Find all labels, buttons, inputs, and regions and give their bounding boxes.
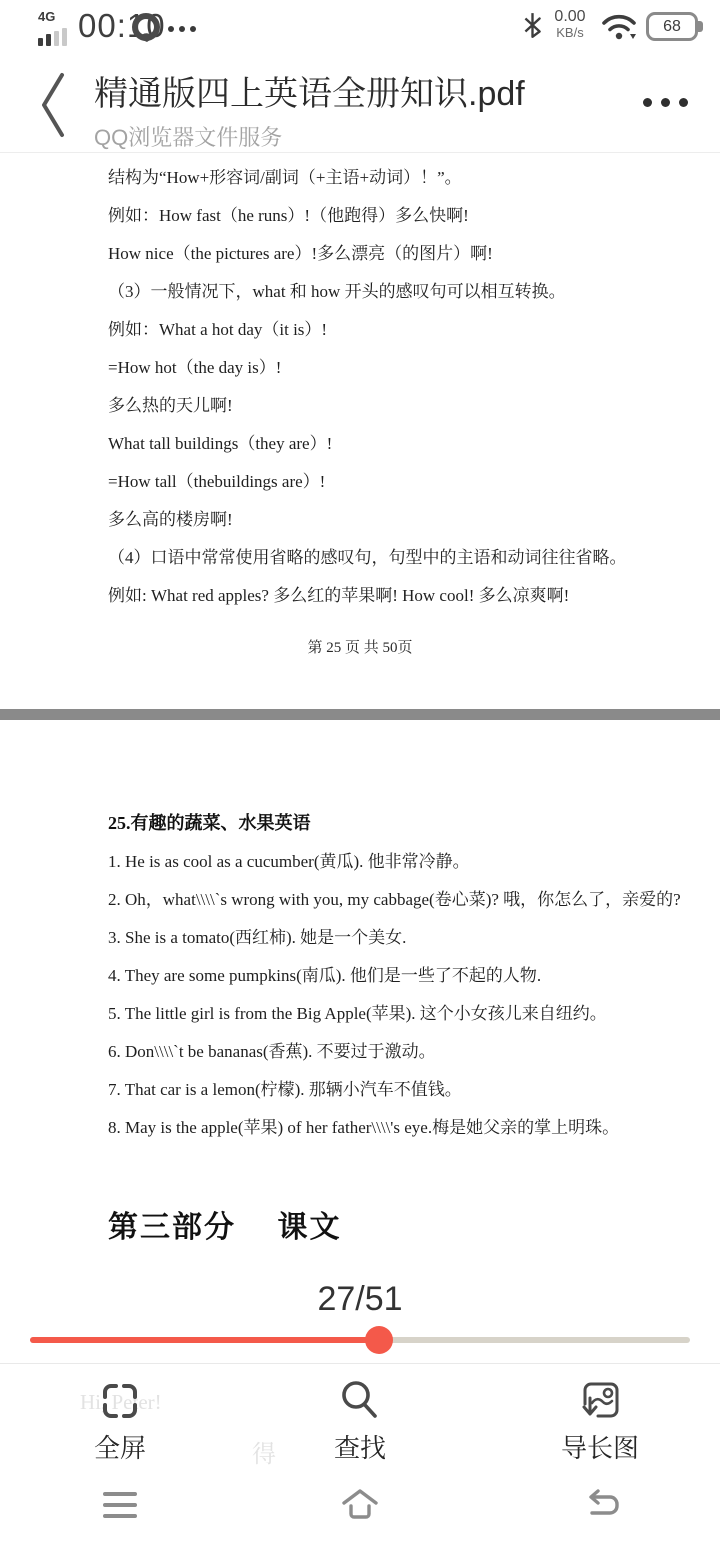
slider-thumb[interactable] (365, 1326, 393, 1354)
document-source: QQ浏览器文件服务 (94, 121, 614, 152)
pdf-text-line: 例如：How fast（he runs）!（他跑得）多么快啊! (108, 206, 690, 226)
pdf-text-line: （3）一般情况下，what 和 how 开头的感叹句可以相互转换。 (108, 282, 690, 302)
nav-menu-button[interactable] (0, 1466, 240, 1544)
network-speed: 0.00 KB/s (544, 8, 596, 40)
pdf-text-line: 4. They are some pumpkins(南瓜). 他们是一些了不起的… (108, 966, 690, 986)
wifi-icon (600, 10, 638, 42)
section-heading: 第三部分 课文 (108, 1202, 690, 1246)
app-header: 精通版四上英语全册知识.pdf QQ浏览器文件服务 (0, 56, 720, 153)
page2-lines: 1. He is as cool as a cucumber(黄瓜). 他非常冷… (108, 852, 690, 1138)
speed-unit: KB/s (544, 26, 596, 40)
pdf-text-line: 多么高的楼房啊! (108, 510, 690, 530)
nav-back-button[interactable] (480, 1466, 720, 1544)
return-icon (579, 1489, 621, 1521)
find-label: 查找 (334, 1428, 386, 1465)
page-separator (0, 709, 720, 720)
pdf-text-line: 7. That car is a lemon(柠檬). 那辆小汽车不值钱。 (108, 1080, 690, 1100)
page-slider[interactable] (0, 1322, 720, 1358)
pdf-text-line: 结构为“How+形容词/副词（+主语+动词）！”。 (108, 168, 690, 188)
signal-strength-icon: 4G (38, 8, 72, 48)
battery-level: 68 (663, 18, 681, 36)
pdf-text-line: What tall buildings（they are）! (108, 434, 690, 454)
fullscreen-icon (97, 1378, 143, 1424)
network-type-label: 4G (38, 9, 55, 24)
pdf-page-25: 结构为“How+形容词/副词（+主语+动词）！”。例如：How fast（he … (0, 154, 720, 624)
system-nav-bar (0, 1466, 720, 1544)
battery-indicator: 68 (646, 12, 698, 41)
page-indicator: 27/51 (0, 1280, 720, 1319)
pdf-text-line: 8. May is the apple(苹果) of her father\\\… (108, 1118, 690, 1138)
pdf-text-line: （4）口语中常常使用省略的感叹句，句型中的主语和动词往往省略。 (108, 548, 690, 568)
status-bar: 4G 00:10 0.00 KB/s 68 (0, 0, 720, 56)
document-title: 精通版四上英语全册知识.pdf (94, 66, 614, 115)
pdf-text-line: 1. He is as cool as a cucumber(黄瓜). 他非常冷… (108, 852, 690, 872)
pdf-text-line: 3. She is a tomato(西红柿). 她是一个美女. (108, 928, 690, 948)
pdf-page-26: 25.有趣的蔬菜、水果英语 1. He is as cool as a cucu… (0, 720, 720, 1246)
pdf-text-line: 例如: What red apples? 多么红的苹果啊! How cool! … (108, 586, 690, 606)
pdf-text-line: 2. Oh，what\\\\`s wrong with you, my cabb… (108, 890, 690, 910)
find-button[interactable]: 查找 (240, 1364, 480, 1466)
page1-lines: 结构为“How+形容词/副词（+主语+动词）！”。例如：How fast（he … (108, 168, 690, 606)
slider-fill (30, 1337, 379, 1343)
pdf-text-line: 5. The little girl is from the Big Apple… (108, 1004, 690, 1024)
pdf-text-line: 例如：What a hot day（it is）! (108, 320, 690, 340)
pdf-text-line: =How hot（the day is）! (108, 358, 690, 378)
pdf-text-line: How nice（the pictures are）!多么漂亮（的图片）啊! (108, 244, 690, 264)
back-button[interactable] (36, 70, 80, 140)
signal-bars-icon (38, 28, 67, 46)
nav-home-button[interactable] (240, 1466, 480, 1544)
fullscreen-label: 全屏 (94, 1428, 146, 1465)
bottom-toolbar: 全屏 查找 导长图 (0, 1363, 720, 1466)
pdf-text-line: 6. Don\\\\`t be bananas(香蕉). 不要过于激动。 (108, 1042, 690, 1062)
more-menu-button[interactable] (643, 98, 688, 107)
qq-browser-logo-icon (130, 12, 162, 44)
export-long-image-button[interactable]: 导长图 (480, 1364, 720, 1466)
bluetooth-icon (524, 12, 541, 38)
status-more-icon (168, 26, 196, 32)
home-icon (339, 1486, 381, 1524)
export-long-image-label: 导长图 (561, 1428, 639, 1465)
pdf-text-line: =How tall（thebuildings are）! (108, 472, 690, 492)
export-image-icon (577, 1378, 623, 1424)
page2-heading: 25.有趣的蔬菜、水果英语 (108, 812, 690, 834)
fullscreen-button[interactable]: 全屏 (0, 1364, 240, 1466)
speed-value: 0.00 (544, 8, 596, 26)
search-icon (337, 1378, 383, 1424)
page1-footer: 第 25 页 共 50页 (0, 636, 720, 657)
menu-icon (103, 1492, 137, 1518)
pdf-text-line: 多么热的天儿啊! (108, 396, 690, 416)
